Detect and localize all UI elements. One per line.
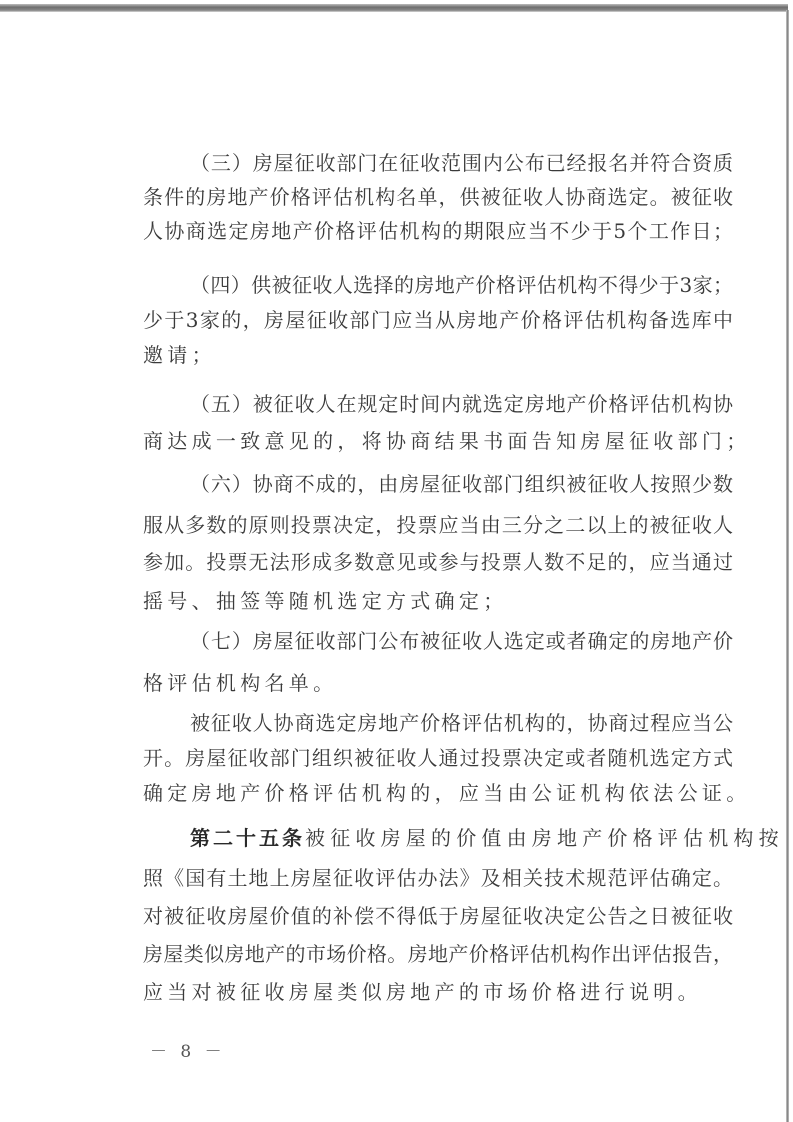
item-6-line-2: 服从多数的原则投票决定，投票应当由三分之二以上的被征收人	[143, 513, 733, 537]
item-6-line-4: 摇号、抽签等随机选定方式确定；	[143, 589, 733, 613]
item-6-line-1: （六）协商不成的，由房屋征收部门组织被征收人按照少数	[190, 472, 733, 496]
item-5-line-1: （五）被征收人在规定时间内就选定房地产价格评估机构协	[190, 392, 733, 416]
article-25-line-5: 应当对被征收房屋类似房地产的市场价格进行说明。	[143, 980, 733, 1004]
item-4-line-1: （四）供被征收人选择的房地产价格评估机构不得少于3家；	[190, 273, 733, 297]
page-number: － 8 －	[150, 1037, 226, 1062]
item-3-line-3: 人协商选定房地产价格评估机构的期限应当不少于5个工作日；	[143, 219, 733, 243]
document-page: （三）房屋征收部门在征收范围内公布已经报名并符合资质 条件的房地产价格评估机构名…	[0, 0, 793, 1122]
item-7-line-2: 格评估机构名单。	[143, 671, 733, 695]
article-25-line-4: 房屋类似房地产的市场价格。房地产价格评估机构作出评估报告，	[143, 942, 733, 966]
article-25-line-1: 第二十五条 被征收房屋的价值由房地产价格评估机构按	[190, 826, 733, 850]
item-7-line-1: （七）房屋征收部门公布被征收人选定或者确定的房地产价	[190, 629, 733, 653]
item-3-line-1: （三）房屋征收部门在征收范围内公布已经报名并符合资质	[190, 151, 733, 175]
publicity-line-3: 确定房地产价格评估机构的，应当由公证机构依法公证。	[143, 781, 733, 805]
article-25-line-3: 对被征收房屋价值的补偿不得低于房屋征收决定公告之日被征收	[143, 904, 733, 928]
item-6-line-3: 参加。投票无法形成多数意见或参与投票人数不足的，应当通过	[143, 550, 733, 574]
item-4-line-3: 邀请；	[143, 343, 733, 367]
publicity-line-1: 被征收人协商选定房地产价格评估机构的，协商过程应当公	[190, 711, 733, 735]
article-25-line-2: 照《国有土地上房屋征收评估办法》及相关技术规范评估确定。	[143, 866, 733, 890]
item-3-line-2: 条件的房地产价格评估机构名单，供被征收人协商选定。被征收	[143, 185, 733, 209]
item-5-line-2: 商达成一致意见的，将协商结果书面告知房屋征收部门；	[143, 429, 733, 453]
article-heading: 第二十五条	[190, 826, 305, 850]
item-4-line-2: 少于3家的，房屋征收部门应当从房地产价格评估机构备选库中	[143, 308, 733, 332]
article-25-text-1: 被征收房屋的价值由房地产价格评估机构按	[305, 826, 784, 850]
publicity-line-2: 开。房屋征收部门组织被征收人通过投票决定或者随机选定方式	[143, 746, 733, 770]
